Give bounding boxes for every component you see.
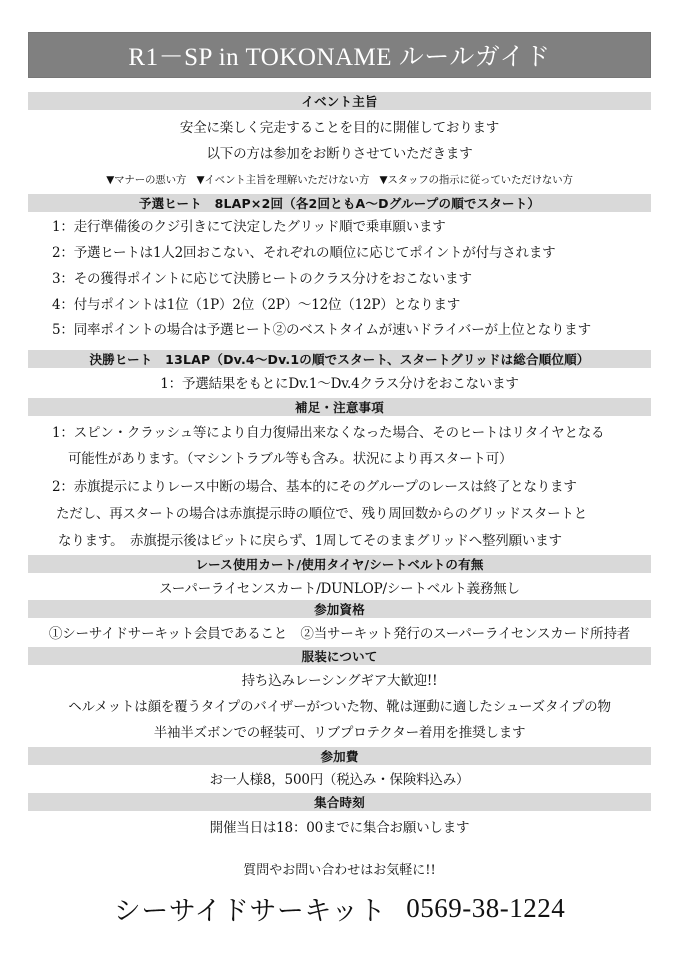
- notes-line: ただし、再スタートの場合は赤旗提示時の順位で、残り周回数からのグリッドスタートと: [56, 501, 679, 523]
- purpose-line: 安全に楽しく完走することを目的に開催しております: [0, 115, 679, 137]
- notes-line: 1：スピン・クラッシュ等により自力復帰出来なくなった場合、そのヒートはリタイヤと…: [52, 420, 679, 442]
- section-heading-qualifying: 予選ヒート 8LAP×2回（各2回ともA～Dグループの順でスタート）: [28, 194, 651, 212]
- purpose-refusal-list: ▼マナーの悪い方 ▼イベント主旨を理解いただけない方 ▼スタッフの指示に従ってい…: [0, 168, 679, 190]
- meeting-line: 開催当日は18：00までに集合お願いします: [0, 815, 679, 837]
- notes-line: なります。 赤旗提示後はピットに戻らず、1周してそのままグリッドへ整列願います: [58, 528, 679, 550]
- phone-number: 0569-38-1224: [406, 893, 565, 924]
- qualifying-item: 4：付与ポイントは1位（1P）2位（2P）～12位（12P）となります: [52, 292, 679, 314]
- section-heading-meeting: 集合時刻: [28, 793, 651, 811]
- section-heading-notes: 補足・注意事項: [28, 398, 651, 416]
- equipment-line: スーパーライセンスカート/DUNLOP/シートベルト義務無し: [0, 576, 679, 598]
- qualifying-item: 3：その獲得ポイントに応じて決勝ヒートのクラス分けをおこないます: [52, 266, 679, 288]
- notes-line: 可能性があります。（マシントラブル等も含み。状況により再スタート可）: [68, 446, 679, 468]
- section-heading-final: 決勝ヒート 13LAP（Dv.4～Dv.1の順でスタート、スタートグリッドは総合…: [28, 350, 651, 368]
- section-heading-equipment: レース使用カート/使用タイヤ/シートベルトの有無: [28, 555, 651, 573]
- fee-line: お一人様8，500円（税込み・保険料込み）: [0, 767, 679, 789]
- purpose-line: 以下の方は参加をお断りさせていただきます: [0, 141, 679, 163]
- qualifying-item: 2：予選ヒートは1人2回おこない、それぞれの順位に応じてポイントが付与されます: [52, 240, 679, 262]
- qualifying-item: 5：同率ポイントの場合は予選ヒート②のベストタイムが速いドライバーが上位となりま…: [52, 317, 679, 339]
- section-heading-fee: 参加費: [28, 747, 651, 765]
- footer-question: 質問やお問い合わせはお気軽に!!: [0, 858, 679, 878]
- footer-contact: シーサイドサーキット 0569-38-1224: [0, 888, 679, 928]
- notes-line: 2：赤旗提示によりレース中断の場合、基本的にそのグループのレースは終了となります: [52, 474, 679, 496]
- section-heading-attire: 服装について: [28, 647, 651, 665]
- eligibility-line: ①シーサイドサーキット会員であること ②当サーキット発行のスーパーライセンスカー…: [0, 621, 679, 643]
- page-title: R1－SP in TOKONAME ルールガイド: [28, 32, 651, 78]
- section-heading-purpose: イベント主旨: [28, 92, 651, 110]
- attire-line: ヘルメットは顔を覆うタイプのバイザーがついた物、靴は運動に適したシューズタイプの…: [0, 694, 679, 716]
- final-item: 1：予選結果をもとにDv.1～Dv.4クラス分けをおこないます: [0, 371, 679, 393]
- qualifying-item: 1：走行準備後のクジ引きにて決定したグリッド順で乗車願います: [52, 214, 679, 236]
- circuit-name: シーサイドサーキット: [114, 889, 387, 928]
- attire-line: 持ち込みレーシングギア大歓迎!!: [0, 668, 679, 690]
- attire-line: 半袖半ズボンでの軽装可、リブプロテクター着用を推奨します: [0, 720, 679, 742]
- section-heading-eligibility: 参加資格: [28, 600, 651, 618]
